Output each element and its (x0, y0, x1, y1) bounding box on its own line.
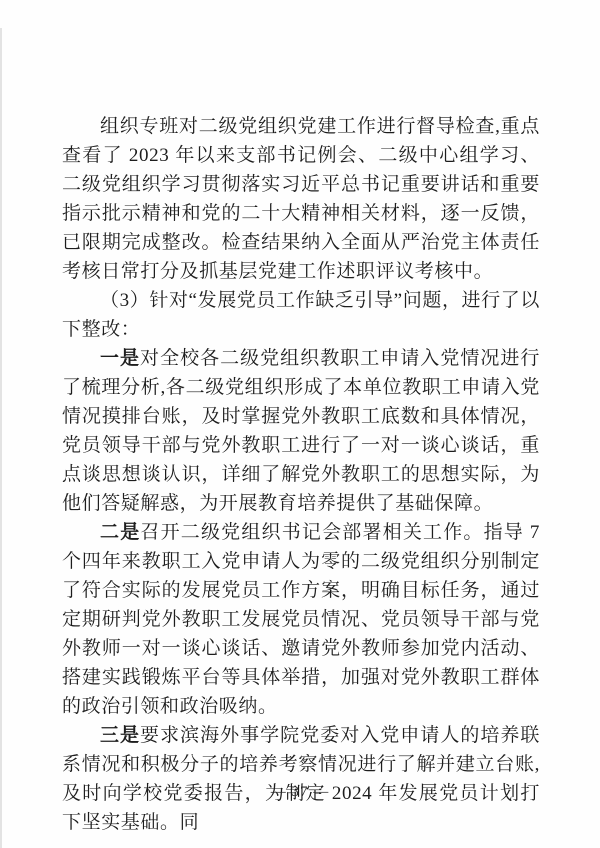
paragraph: （3）针对“发展党员工作缺乏引导”问题，进行了以下整改： (62, 286, 540, 344)
paragraph-text: 组织专班对二级党组织党建工作进行督导检查,重点查看了 2023 年以来支部书记例… (62, 116, 540, 282)
paragraph-lead: 二是 (100, 522, 140, 543)
document-body: 组织专班对二级党组织党建工作进行督导检查,重点查看了 2023 年以来支部书记例… (62, 112, 540, 837)
paragraph-lead: 三是 (100, 725, 140, 746)
paragraph-text: （3）针对“发展党员工作缺乏引导”问题，进行了以下整改： (62, 290, 540, 340)
page-number-label: — 37 — (271, 784, 330, 800)
paragraph: 二是召开二级党组织书记会部署相关工作。指导 7 个四年来教职工入党申请人为零的二… (62, 518, 540, 721)
document-page: 组织专班对二级党组织党建工作进行督导检查,重点查看了 2023 年以来支部书记例… (0, 0, 600, 848)
paragraph: 三是要求滨海外事学院党委对入党申请人的培养联系情况和积极分子的培养考察情况进行了… (62, 721, 540, 837)
paragraph: 组织专班对二级党组织党建工作进行督导检查,重点查看了 2023 年以来支部书记例… (62, 112, 540, 286)
paragraph-text: 召开二级党组织书记会部署相关工作。指导 7 个四年来教职工入党申请人为零的二级党… (62, 522, 540, 717)
paragraph-text: 对全校各二级党组织教职工申请入党情况进行了梳理分析,各二级党组织形成了本单位教职… (62, 348, 540, 514)
page-number: — 37 — (0, 784, 600, 801)
paragraph-lead: 一是 (100, 348, 140, 369)
scan-artifact-line (0, 28, 2, 848)
paragraph: 一是对全校各二级党组织教职工申请入党情况进行了梳理分析,各二级党组织形成了本单位… (62, 344, 540, 518)
